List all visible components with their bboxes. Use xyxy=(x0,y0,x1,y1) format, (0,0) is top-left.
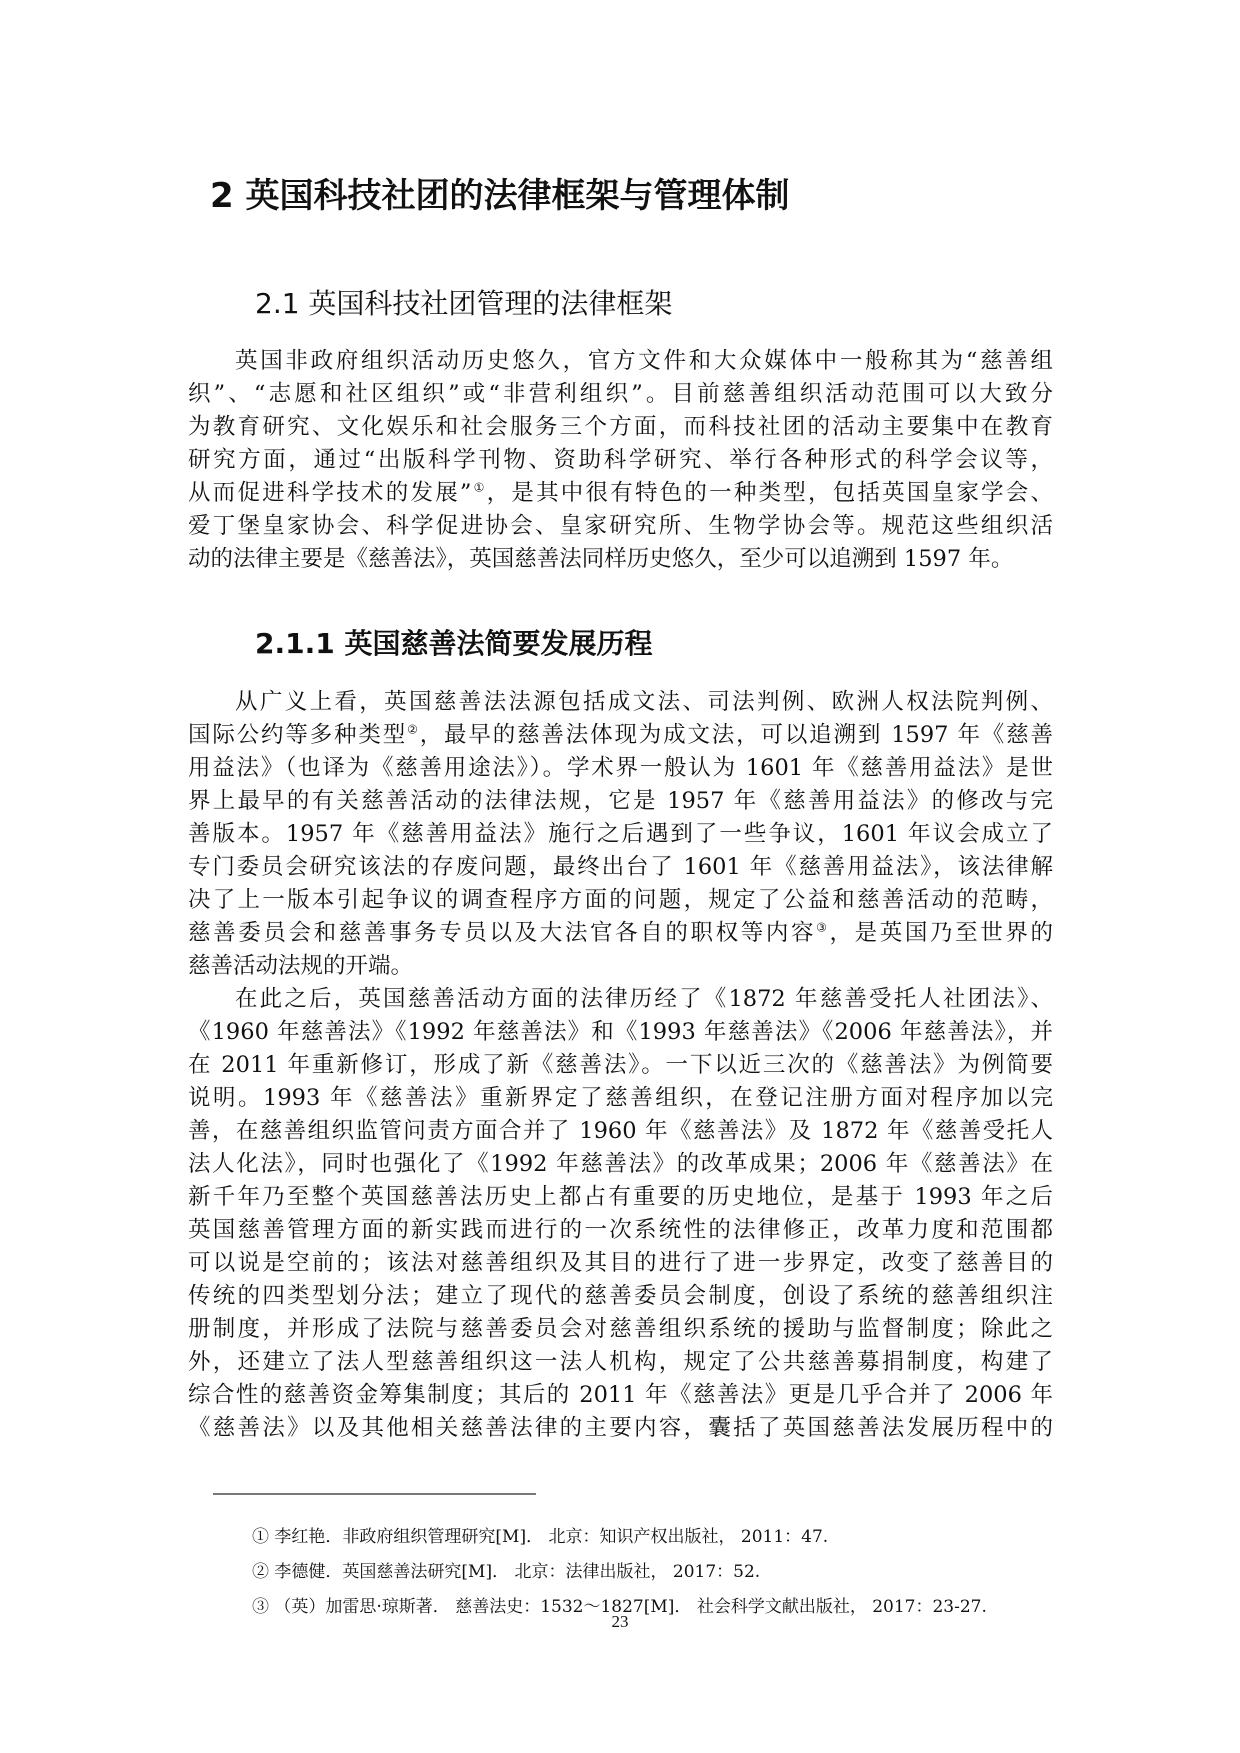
text-line: 传统的四类型划分法；建立了现代的慈善委员会制度，创设了系统的慈善组织注 xyxy=(188,1280,1053,1313)
text-line: 英国非政府组织活动历史悠久，官方文件和大众媒体中一般称其为“慈善组 xyxy=(188,345,1053,378)
footnote-divider xyxy=(213,1493,536,1495)
text-segment: 从而促进科学技术的发展” xyxy=(188,480,471,506)
text-line: 《慈善法》以及其他相关慈善法律的主要内容，囊括了英国慈善法发展历程中的 xyxy=(188,1412,1053,1445)
text-line: 用益法》（也译为《慈善用途法》）。学术界一般认为 1601 年《慈善用益法》是世 xyxy=(188,752,1053,785)
text-line: 专门委员会研究该法的存废问题，最终出台了 1601 年《慈善用益法》，该法律解 xyxy=(188,851,1053,884)
text-line: 综合性的慈善资金筹集制度；其后的 2011 年《慈善法》更是几乎合并了 2006… xyxy=(188,1379,1053,1412)
footnote-2: ② 李德健．英国慈善法研究[M]． 北京：法律出版社， 2017：52. xyxy=(252,1557,760,1582)
document-page: 2 英国科技社团的法律框架与管理体制 2.1 英国科技社团管理的法律框架 英国非… xyxy=(0,0,1240,1753)
text-line: 爱丁堡皇家协会、科学促进协会、皇家研究所、生物学协会等。规范这些组织活 xyxy=(188,510,1053,543)
page-number: 23 xyxy=(0,1612,1240,1632)
paragraph-legislation: 在此之后，英国慈善活动方面的法律历经了《1872 年慈善受托人社团法》、 《19… xyxy=(188,983,1053,1445)
text-line: 英国慈善管理方面的新实践而进行的一次系统性的法律修正，改革力度和范围都 xyxy=(188,1214,1053,1247)
text-segment: ，是其中很有特色的一种类型，包括英国皇家学会、 xyxy=(487,480,1053,506)
text-line: 善，在慈善组织监管问责方面合并了 1960 年《慈善法》及 1872 年《慈善受… xyxy=(188,1115,1053,1148)
subsection-title: 2.1.1 英国慈善法简要发展历程 xyxy=(255,622,652,662)
text-line: 动的法律主要是《慈善法》，英国慈善法同样历史悠久，至少可以追溯到 1597 年。 xyxy=(188,543,1053,576)
footnote-ref-2[interactable]: ② xyxy=(407,723,420,737)
text-line: 可以说是空前的；该法对慈善组织及其目的进行了进一步界定，改变了慈善目的 xyxy=(188,1247,1053,1280)
text-line: 新千年乃至整个英国慈善法历史上都占有重要的历史地位，是基于 1993 年之后 xyxy=(188,1181,1053,1214)
text-line: 册制度，并形成了法院与慈善委员会对慈善组织系统的援助与监督制度；除此之 xyxy=(188,1313,1053,1346)
text-line: 慈善委员会和慈善事务专员以及大法官各自的职权等内容③，是英国乃至世界的 xyxy=(188,917,1053,950)
text-line: 决了上一版本引起争议的调查程序方面的问题，规定了公益和慈善活动的范畴， xyxy=(188,884,1053,917)
footnote-1: ① 李红艳．非政府组织管理研究[M]． 北京：知识产权出版社， 2011：47. xyxy=(252,1522,828,1547)
text-segment: 国际公约等多种类型 xyxy=(188,722,407,748)
paragraph-history: 从广义上看，英国慈善法法源包括成文法、司法判例、欧洲人权法院判例、 国际公约等多… xyxy=(188,686,1053,983)
footnote-ref-1[interactable]: ① xyxy=(471,481,486,495)
text-line: 在此之后，英国慈善活动方面的法律历经了《1872 年慈善受托人社团法》、 xyxy=(188,983,1053,1016)
text-line: 在 2011 年重新修订，形成了新《慈善法》。一下以近三次的《慈善法》为例简要 xyxy=(188,1049,1053,1082)
text-line: 从广义上看，英国慈善法法源包括成文法、司法判例、欧洲人权法院判例、 xyxy=(188,686,1053,719)
paragraph-intro: 英国非政府组织活动历史悠久，官方文件和大众媒体中一般称其为“慈善组 织”、“志愿… xyxy=(188,345,1053,576)
text-line: 从而促进科学技术的发展”①，是其中很有特色的一种类型，包括英国皇家学会、 xyxy=(188,477,1053,510)
text-segment: 慈善委员会和慈善事务专员以及大法官各自的职权等内容 xyxy=(188,920,816,946)
text-segment: ，最早的慈善法体现为成文法，可以追溯到 1597 年《慈善 xyxy=(420,722,1053,748)
text-line: 外，还建立了法人型慈善组织这一法人机构，规定了公共慈善募捐制度，构建了 xyxy=(188,1346,1053,1379)
text-line: 界上最早的有关慈善活动的法律法规，它是 1957 年《慈善用益法》的修改与完 xyxy=(188,785,1053,818)
text-line: 说明。1993 年《慈善法》重新界定了慈善组织，在登记注册方面对程序加以完 xyxy=(188,1082,1053,1115)
text-line: 《1960 年慈善法》《1992 年慈善法》和《1993 年慈善法》《2006 … xyxy=(188,1016,1053,1049)
text-line: 法人化法》，同时也强化了《1992 年慈善法》的改革成果；2006 年《慈善法》… xyxy=(188,1148,1053,1181)
text-segment: ，是英国乃至世界的 xyxy=(829,920,1053,946)
section-title: 2.1 英国科技社团管理的法律框架 xyxy=(255,282,672,322)
text-line: 研究方面，通过“出版科学刊物、资助科学研究、举行各种形式的科学会议等， xyxy=(188,444,1053,477)
text-line: 慈善活动法规的开端。 xyxy=(188,950,1053,983)
footnote-ref-3[interactable]: ③ xyxy=(816,921,829,935)
text-line: 为教育研究、文化娱乐和社会服务三个方面，而科技社团的活动主要集中在教育 xyxy=(188,411,1053,444)
text-line: 善版本。1957 年《慈善用益法》施行之后遇到了一些争议，1601 年议会成立了 xyxy=(188,818,1053,851)
chapter-title: 2 英国科技社团的法律框架与管理体制 xyxy=(210,168,790,217)
text-line: 国际公约等多种类型②，最早的慈善法体现为成文法，可以追溯到 1597 年《慈善 xyxy=(188,719,1053,752)
text-line: 织”、“志愿和社区组织”或“非营利组织”。目前慈善组织活动范围可以大致分 xyxy=(188,378,1053,411)
